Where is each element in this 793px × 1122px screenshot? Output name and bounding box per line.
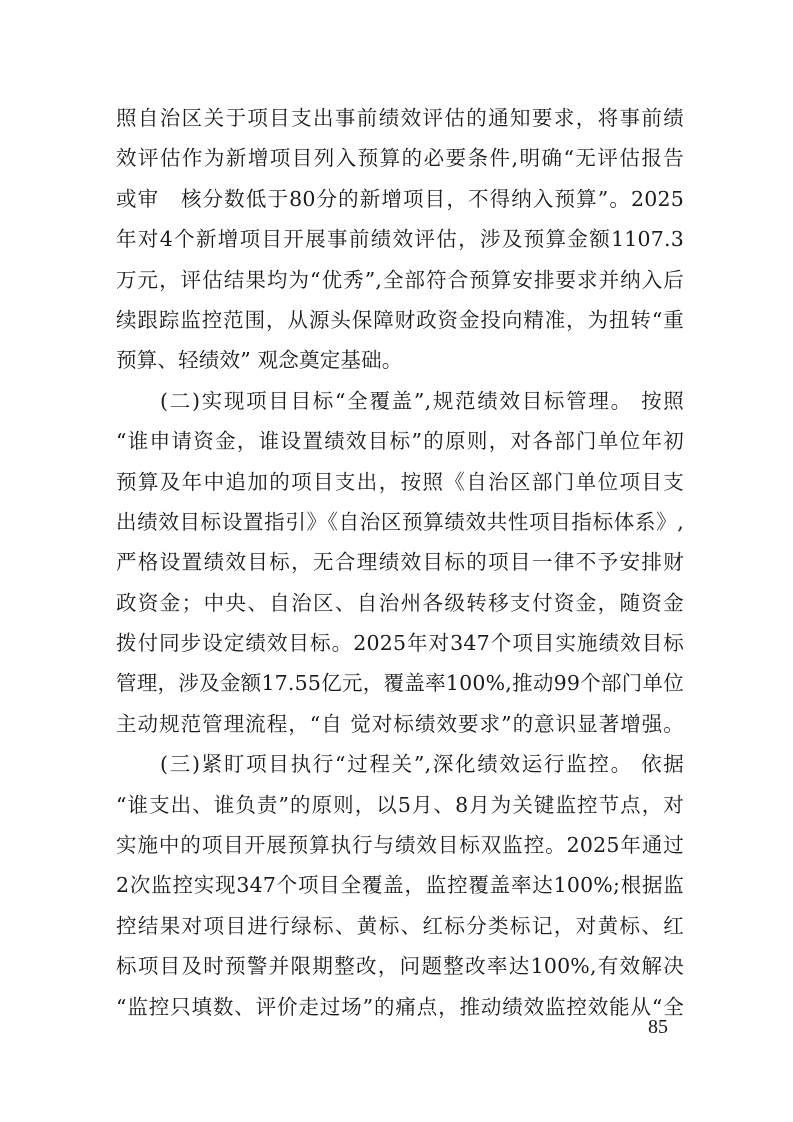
text-line: 实施中的项目开展预算执行与绩效目标双监控。2025年通过: [116, 825, 684, 865]
text-line: 预算及年中追加的项目支出，按照《自治区部门单位项目支: [116, 462, 684, 502]
text-line: 严格设置绩效目标，无合理绩效目标的项目一律不予安排财: [116, 542, 684, 582]
text-line: 年对4个新增项目开展事前绩效评估，涉及预算金额1107.3: [116, 219, 684, 259]
text-line: 出绩效目标设置指引》《自治区预算绩效共性项目指标体系》,: [116, 502, 684, 542]
text-line: 万元，评估结果均为“优秀”,全部符合预算安排要求并纳入后: [116, 260, 684, 300]
section-heading-line: (二)实现项目目标“全覆盖”,规范绩效目标管理。 按照: [116, 381, 684, 421]
document-page: 照自治区关于项目支出事前绩效评估的通知要求，将事前绩 效评估作为新增项目列入预算…: [0, 0, 793, 1122]
text-line: 预算、轻绩效” 观念奠定基础。: [116, 340, 684, 380]
text-line: “谁申请资金，谁设置绩效目标”的原则，对各部门单位年初: [116, 421, 684, 461]
text-line: 2次监控实现347个项目全覆盖，监控覆盖率达100%;根据监: [116, 865, 684, 905]
text-line: 拨付同步设定绩效目标。2025年对347个项目实施绩效目标: [116, 623, 684, 663]
text-line: “谁支出、谁负责”的原则，以5月、8月为关键监控节点，对: [116, 785, 684, 825]
text-line: 主动规范管理流程，“自 觉对标绩效要求”的意识显著增强。: [116, 704, 684, 744]
text-line: 效评估作为新增项目列入预算的必要条件,明确“无评估报告: [116, 138, 684, 178]
text-line: 管理，涉及金额17.55亿元，覆盖率100%,推动99个部门单位: [116, 663, 684, 703]
section-heading-line: (三)紧盯项目执行“过程关”,深化绩效运行监控。 依据: [116, 744, 684, 784]
body-text: 照自治区关于项目支出事前绩效评估的通知要求，将事前绩 效评估作为新增项目列入预算…: [116, 98, 684, 1027]
text-line: 政资金；中央、自治区、自治州各级转移支付资金，随资金: [116, 583, 684, 623]
text-line: 控结果对项目进行绿标、黄标、红标分类标记，对黄标、红: [116, 906, 684, 946]
text-line: “监控只填数、评价走过场”的痛点，推动绩效监控效能从“全: [116, 987, 684, 1027]
page-number: 85: [648, 1016, 668, 1039]
text-line: 续跟踪监控范围，从源头保障财政资金投向精准，为扭转“重: [116, 300, 684, 340]
text-line: 标项目及时预警并限期整改，问题整改率达100%,有效解决: [116, 946, 684, 986]
text-line: 照自治区关于项目支出事前绩效评估的通知要求，将事前绩: [116, 98, 684, 138]
text-line: 或审 核分数低于80分的新增项目，不得纳入预算”。2025: [116, 179, 684, 219]
